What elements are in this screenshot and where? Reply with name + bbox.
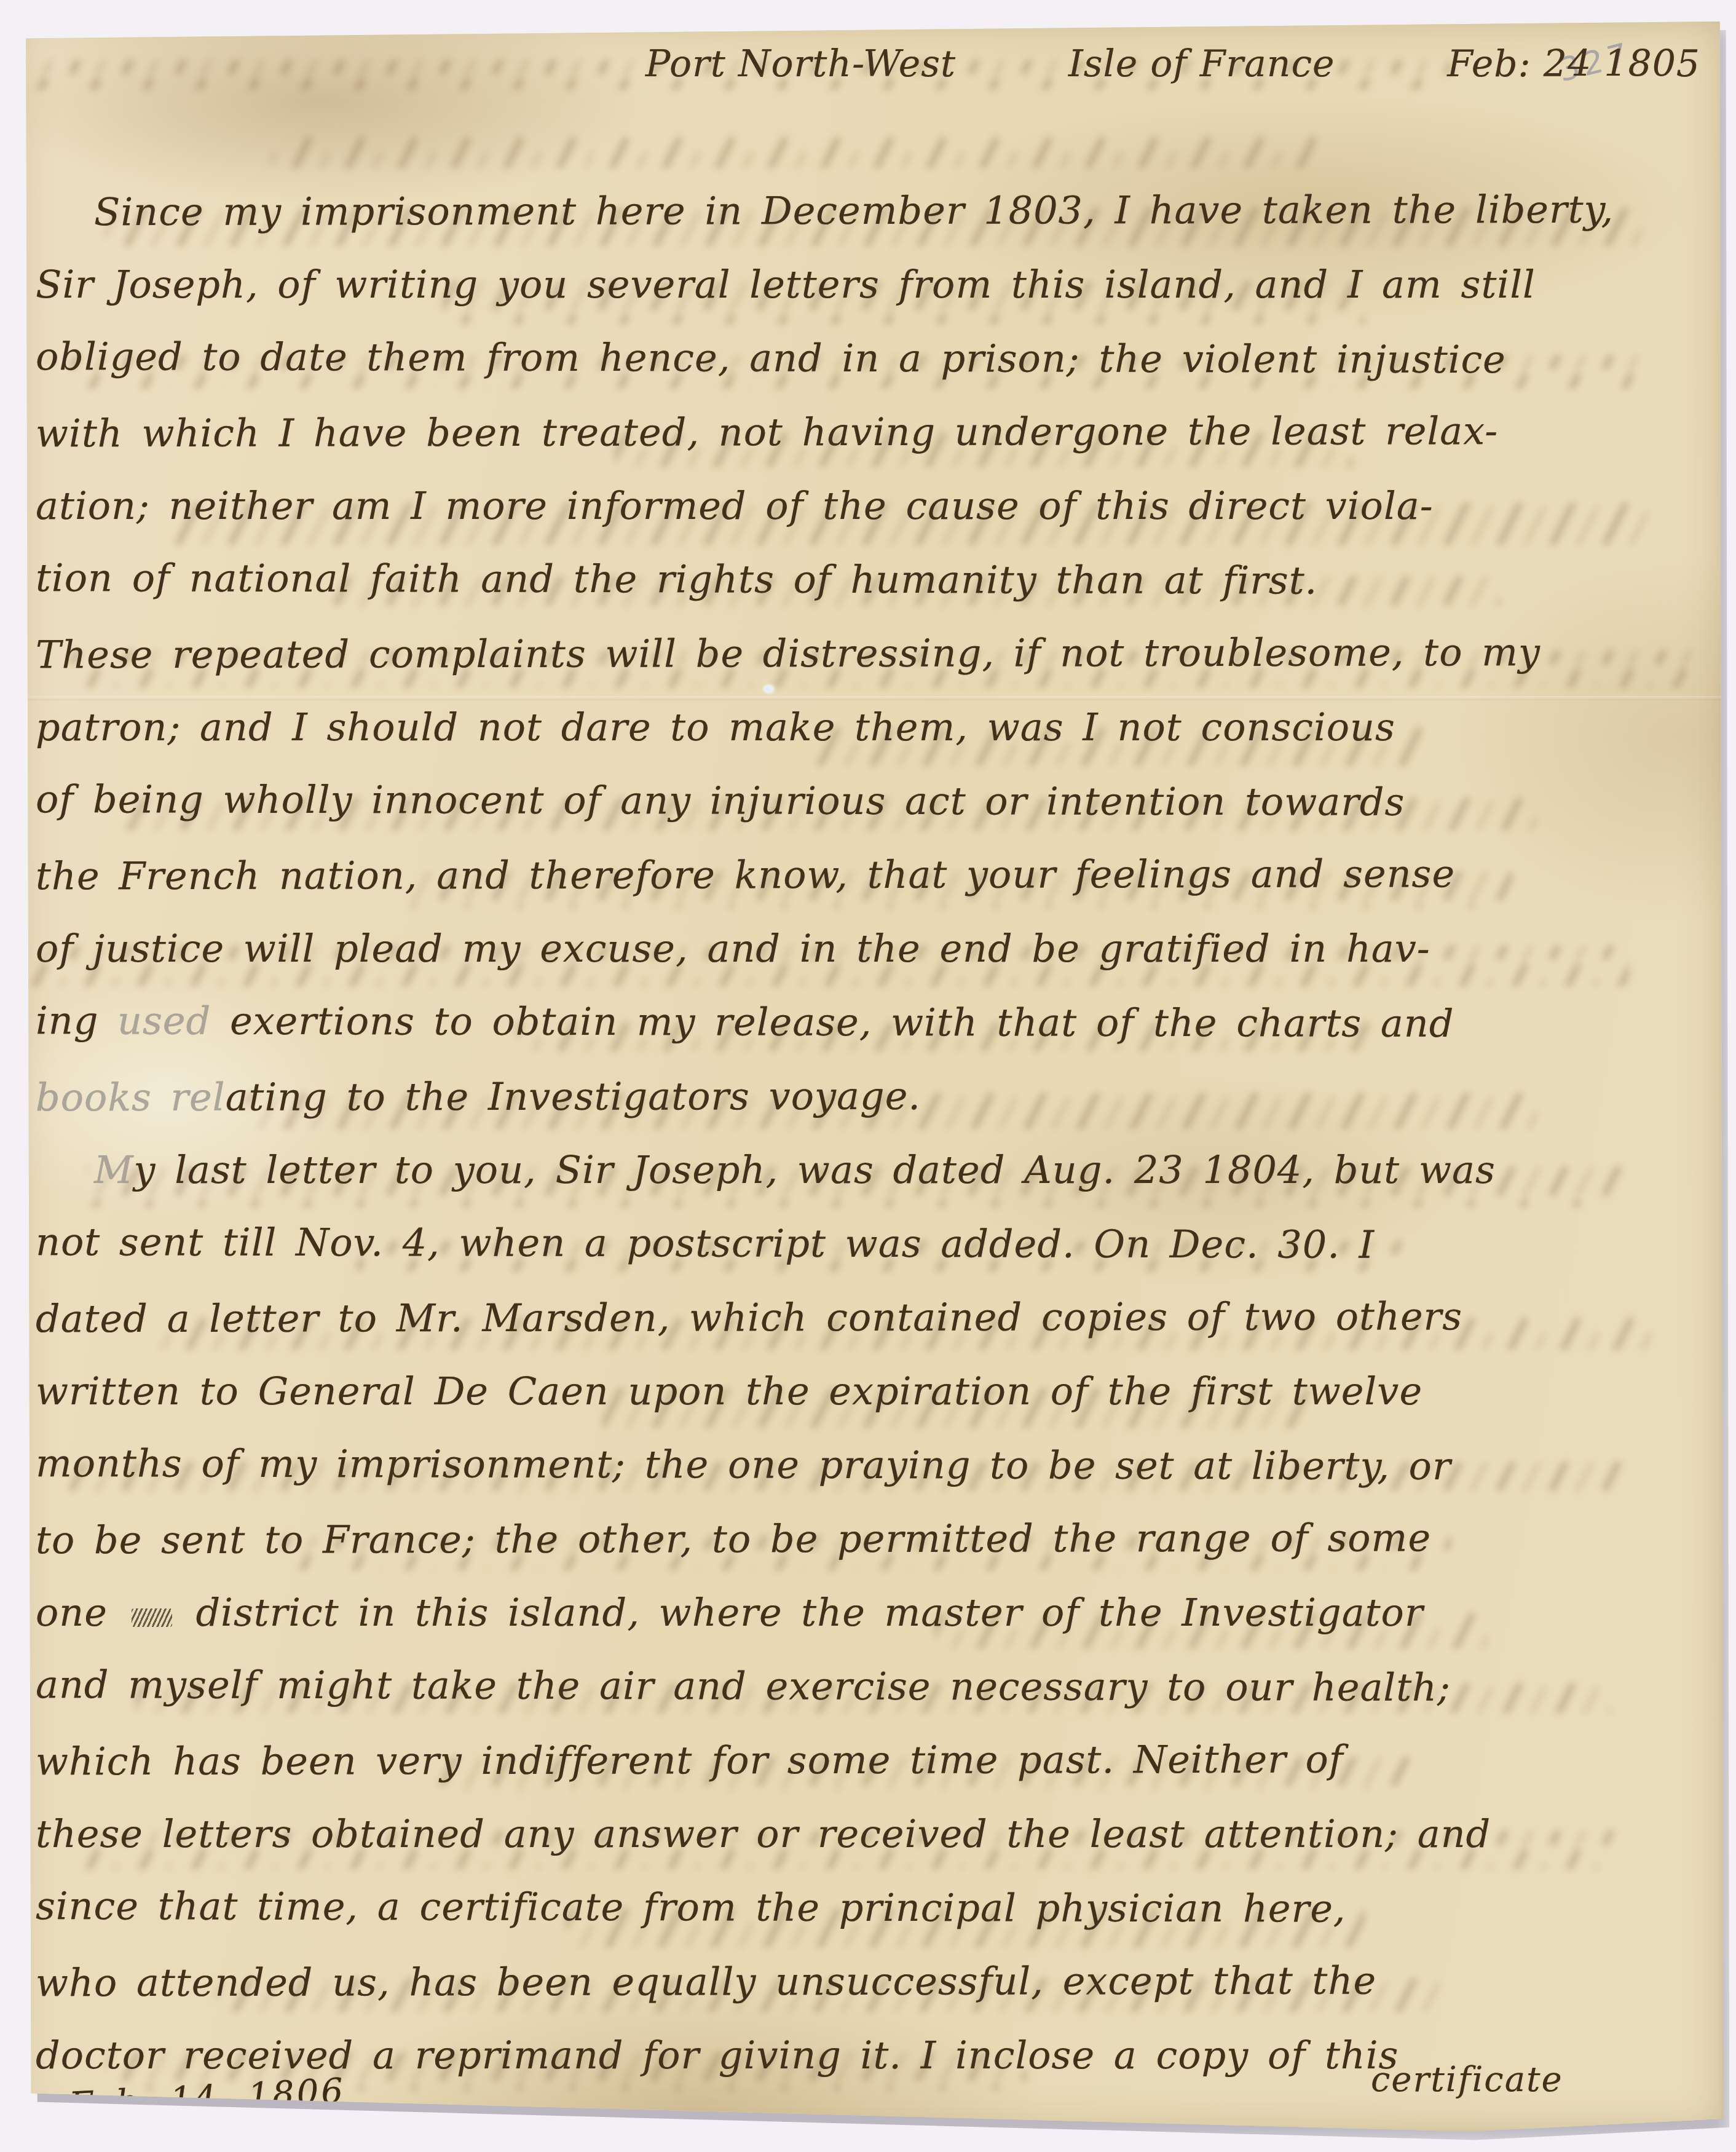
letter-line: months of my imprisonment; the one prayi… [36,1426,1706,1504]
scribbled-out-word [132,1608,172,1627]
ink-text: written to General De Caen upon the expi… [36,1369,1422,1414]
letter-line: These repeated complaints will be distre… [36,615,1706,692]
pencil-annotation: used [117,998,211,1043]
ink-text: months of my imprisonment; the one prayi… [36,1441,1451,1489]
letter-page: 327 Port North-West Isle of France Feb: … [12,17,1725,2134]
letter-line: ation; neither am I more informed of the… [36,469,1706,543]
letter-body: Since my imprisonment here in December 1… [36,174,1706,2092]
letter-line: to be sent to France; the other, to be p… [36,1501,1706,1578]
letter-line: these letters obtained any answer or rec… [36,1797,1706,1871]
letter-line: one district in this island, where the m… [36,1576,1706,1650]
ink-text: who attended us, has been equally unsucc… [36,1958,1376,2006]
letter-line: Sir Joseph, of writing you several lette… [36,248,1706,322]
letter-scan: 327 Port North-West Isle of France Feb: … [0,0,1736,2152]
ink-text: to be sent to France; the other, to be p… [36,1515,1431,1562]
letter-line: tion of national faith and the rights of… [36,541,1706,619]
ink-text: Since my imprisonment here in December 1… [94,187,1614,234]
letter-line: obliged to date them from hence, and in … [36,320,1706,397]
pencil-annotation: M [94,1147,133,1192]
ink-text: the French nation, and therefore know, t… [36,851,1455,898]
ink-text: and myself might take the air and exerci… [36,1662,1451,1710]
dateline-place: Port North-West [645,33,956,95]
letter-line: which has been very indifferent for some… [36,1722,1706,1799]
dateline-date: Feb: 24 1805 [1447,33,1700,95]
ink-text: which has been very indifferent for some… [36,1737,1344,1784]
letter-line: Since my imprisonment here in December 1… [36,173,1706,250]
ink-text: one [36,1590,127,1635]
letter-line: with which I have been treated, not havi… [36,394,1706,471]
ink-text: Sir Joseph, of writing you several lette… [36,262,1536,307]
pencil-annotation: books rel [36,1075,226,1120]
ink-text: with which I have been treated, not havi… [36,408,1498,456]
letter-dateline: Port North-West Isle of France Feb: 24 1… [645,33,1700,95]
letter-line: My last letter to you, Sir Joseph, was d… [36,1133,1706,1207]
catchword: certificate [1371,2060,1563,2100]
ink-text: of justice will plead my excuse, and in … [36,926,1430,971]
letter-line: of justice will plead my excuse, and in … [36,912,1706,986]
ink-text: of being wholly innocent of any injuriou… [36,777,1405,825]
letter-line: who attended us, has been equally unsucc… [36,1944,1706,2020]
letter-line: since that time, a certificate from the … [36,1869,1706,1947]
ink-text: doctor received a reprimand for giving i… [36,2033,1399,2078]
ink-text: ation; neither am I more informed of the… [36,483,1434,528]
letter-line: ing used exertions to obtain my release,… [36,984,1706,1061]
letter-line: the French nation, and therefore know, t… [36,837,1706,914]
ink-text: y last letter to you, Sir Joseph, was da… [133,1147,1495,1192]
dateline-location: Isle of France [1068,33,1335,95]
letter-line: of being wholly innocent of any injuriou… [36,762,1706,840]
ink-text: district in this island, where the maste… [177,1590,1424,1635]
letter-line: not sent till Nov. 4, when a postscript … [36,1205,1706,1283]
ink-text: These repeated complaints will be distre… [36,630,1541,677]
letter-line: and myself might take the air and exerci… [36,1648,1706,1725]
ink-text: tion of national faith and the rights of… [36,555,1317,603]
ink-text: exertions to obtain my release, with tha… [211,999,1454,1046]
ink-text: patron; and I should not dare to make th… [36,705,1395,750]
letter-line: books relating to the Investigators voya… [36,1058,1706,1135]
ink-text: ating to the Investigators voyage. [226,1074,921,1120]
ink-text: ing [36,998,117,1043]
ink-text: these letters obtained any answer or rec… [36,1811,1491,1856]
letter-line: written to General De Caen upon the expi… [36,1355,1706,1428]
ink-text: not sent till Nov. 4, when a postscript … [36,1219,1375,1267]
ink-text: since that time, a certificate from the … [36,1883,1346,1931]
letter-line: dated a letter to Mr. Marsden, which con… [36,1280,1706,1356]
ink-text: obliged to date them from hence, and in … [36,334,1506,382]
letter-line: patron; and I should not dare to make th… [36,690,1706,764]
ink-text: dated a letter to Mr. Marsden, which con… [36,1294,1462,1341]
